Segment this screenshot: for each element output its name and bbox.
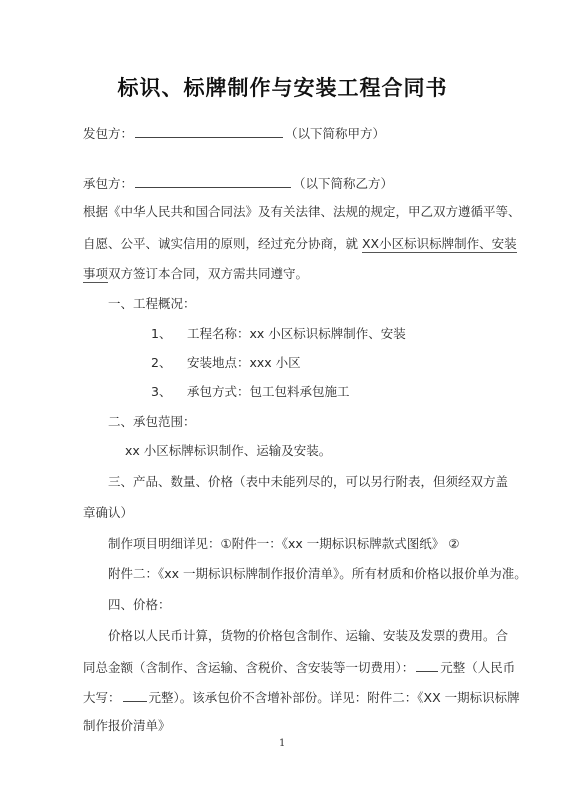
amount-in-words-text: 元整）。该承包价不含增补部份。详见：附件二：《XX 一期标识标牌 — [149, 690, 520, 705]
document-page: 标识、标牌制作与安装工程合同书 发包方：（以下简称甲方） 承包方：（以下简称乙方… — [0, 0, 565, 800]
section-3-heading-line-2: 章确认） — [83, 505, 133, 521]
section-3-heading-line-1: 三、产品、数量、价格（表中未能列尽的，可以另行附表，但须经双方盖 — [108, 474, 508, 490]
preamble-line-2: 自愿、公平、诚实信用的原则，经过充分协商，就 XX小区标识标牌制作、安装 — [83, 236, 517, 252]
matter-underlined: 事项 — [83, 266, 108, 283]
project-name-underlined: XX小区标识标牌制作、安装 — [362, 236, 517, 253]
section-4-heading: 四、价格： — [108, 597, 171, 613]
preamble-line-3: 事项双方签订本合同，双方需共同遵守。 — [83, 266, 308, 282]
total-amount-blank-field[interactable] — [416, 659, 438, 672]
section-4-line-2: 同总金额（含制作、含运输、含税价、含安装等一切费用）：元整（人民币 — [83, 659, 515, 676]
party-a-blank-field[interactable] — [135, 125, 283, 138]
preamble-line-2-text: 自愿、公平、诚实信用的原则，经过充分协商，就 — [83, 236, 362, 251]
section-1-item-1-num: 1、 — [151, 326, 171, 342]
section-4-line-3: 大写：元整）。该承包价不含增补部份。详见：附件二：《XX 一期标识标牌 — [83, 689, 520, 706]
party-a-note: （以下简称甲方） — [285, 126, 385, 141]
section-4-line-4: 制作报价清单》 — [83, 718, 171, 734]
party-b-blank-field[interactable] — [135, 175, 291, 188]
section-1-item-2-num: 2、 — [151, 355, 171, 371]
section-1-item-1-text: 工程名称：xx 小区标识标牌制作、安装 — [187, 326, 406, 342]
party-b-note: （以下简称乙方） — [293, 176, 393, 191]
page-number: 1 — [279, 738, 285, 749]
total-amount-label: 同总金额（含制作、含运输、含税价、含安装等一切费用）： — [83, 660, 414, 675]
section-1-item-3-num: 3、 — [151, 384, 171, 400]
party-b-line: 承包方：（以下简称乙方） — [83, 175, 393, 192]
section-3-detail-line-1: 制作项目明细详见：①附件一：《xx 一期标识标牌款式图纸》 ② — [108, 536, 459, 552]
section-1-item-3-text: 承包方式：包工包料承包施工 — [187, 384, 350, 400]
section-3-detail-line-2: 附件二：《xx 一期标识标牌制作报价清单》。所有材质和价格以报价单为准。 — [108, 566, 527, 582]
party-b-label: 承包方： — [83, 176, 133, 191]
total-amount-unit: 元整（人民币 — [440, 660, 515, 675]
party-a-line: 发包方：（以下简称甲方） — [83, 125, 385, 142]
preamble-line-1: 根据《中华人民共和国合同法》及有关法律、法规的规定，甲乙双方遵循平等、 — [83, 204, 521, 220]
party-a-label: 发包方： — [83, 126, 133, 141]
section-2-heading: 二、承包范围： — [108, 414, 196, 430]
contract-title: 标识、标牌制作与安装工程合同书 — [0, 72, 565, 102]
amount-in-words-blank-field[interactable] — [123, 689, 147, 702]
section-2-body: xx 小区标牌标识制作、运输及安装。 — [125, 443, 331, 459]
section-1-item-2-text: 安装地点：xxx 小区 — [187, 355, 301, 371]
section-1-heading: 一、工程概况： — [108, 296, 196, 312]
preamble-line-3-text: 双方签订本合同，双方需共同遵守。 — [108, 266, 308, 281]
section-4-line-1: 价格以人民币计算，货物的价格包含制作、运输、安装及发票的费用。合 — [108, 628, 508, 644]
amount-in-words-label: 大写： — [83, 690, 121, 705]
